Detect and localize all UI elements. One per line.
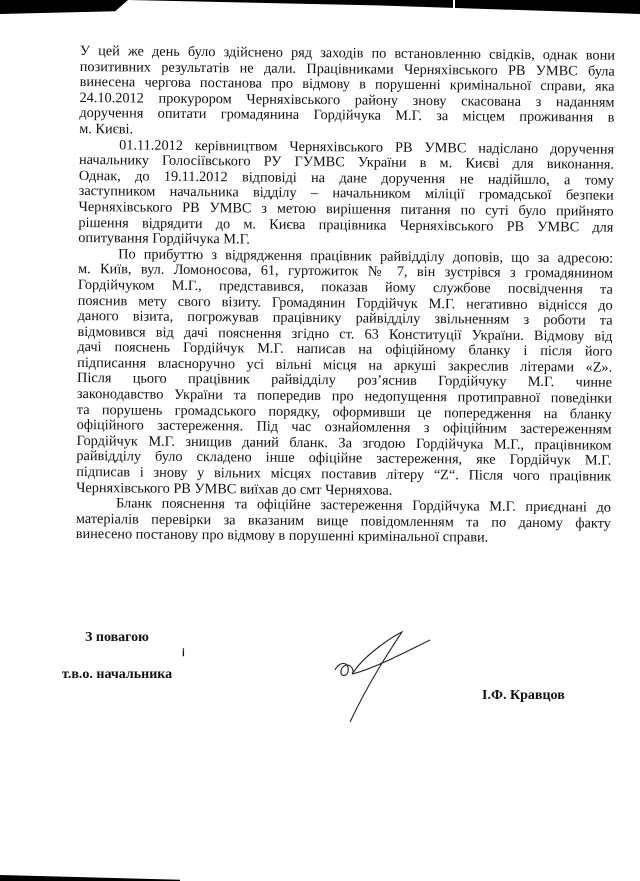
ink-mark: ⅰ — [182, 648, 185, 659]
scan-border-top — [0, 0, 640, 14]
paragraph: Бланк пояснення та офіційне застереження… — [76, 496, 611, 547]
closing-salutation: З повагою — [85, 630, 149, 646]
document-body: У цей же день було здійснено ряд заходів… — [76, 44, 615, 548]
scan-border-bottom — [0, 875, 180, 881]
signer-title: т.в.о. начальника — [62, 667, 172, 683]
scan-artifact — [453, 0, 455, 14]
paragraph: У цей же день було здійснено ряд заходів… — [79, 44, 615, 142]
handwritten-signature — [330, 630, 440, 725]
paragraph: По прибуттю з відрядження працівник райв… — [76, 247, 613, 501]
signer-name: І.Ф. Кравцов — [482, 688, 565, 704]
paragraph: 01.11.2012 керівництвом Черняхівського Р… — [78, 138, 614, 252]
